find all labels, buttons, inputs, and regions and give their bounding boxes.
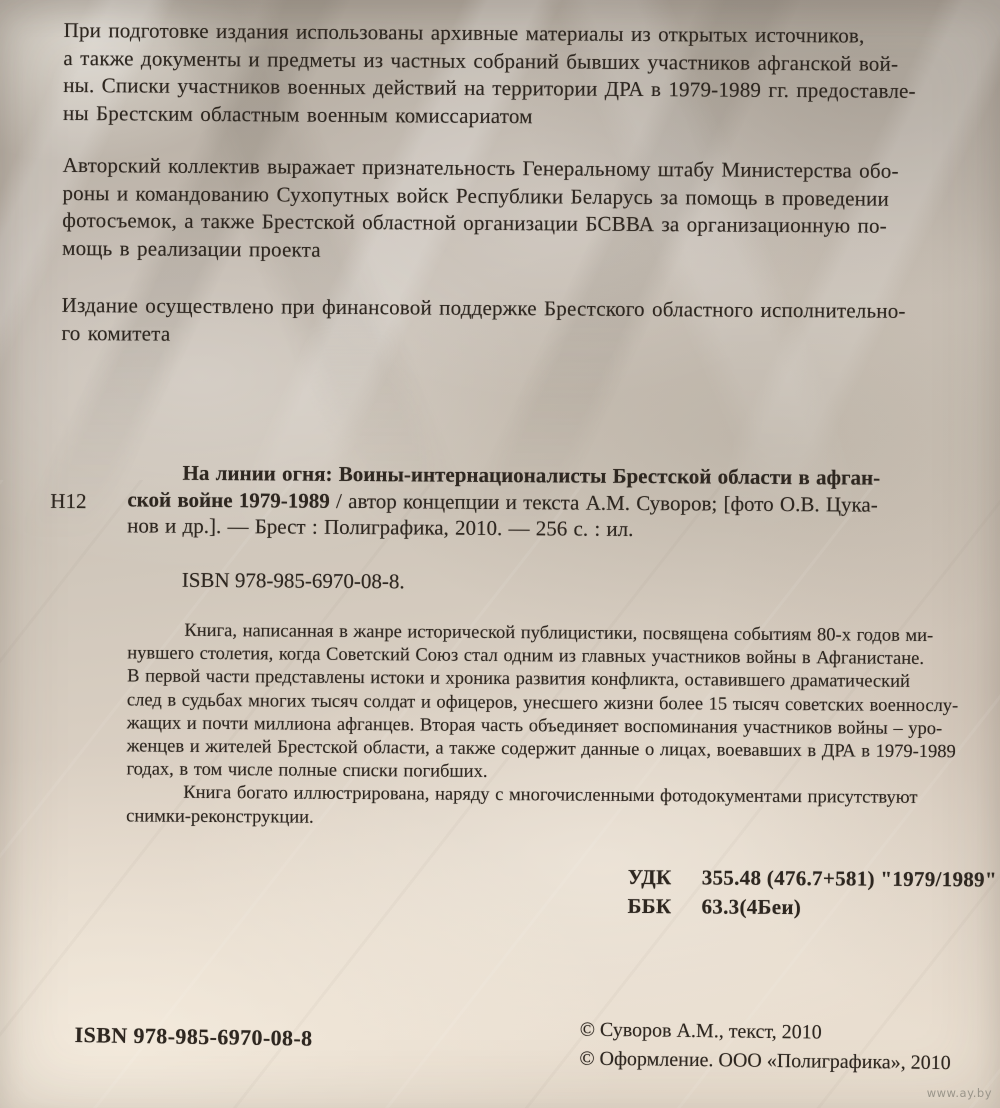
annotation-block: Книга, написанная в жанре исторической п… bbox=[126, 619, 959, 834]
catalog-title-bold: На линии огня: Воины-интернационалисты Б… bbox=[182, 461, 880, 490]
catalog-card: На линии огня: Воины-интернационалисты Б… bbox=[127, 459, 880, 544]
watermark: www.ay.by bbox=[927, 1086, 992, 1100]
copyright-block: © Суворов А.М., текст, 2010 © Оформление… bbox=[579, 1016, 951, 1079]
footer-isbn: ISBN 978-985-6970-08-8 bbox=[74, 1022, 312, 1052]
catalog-title-bold: ской войне 1979-1989 bbox=[127, 487, 330, 512]
page-content: При подготовке издания использованы архи… bbox=[0, 0, 1000, 1108]
catalog-imprint-line: нов и др.]. — Брест : Полиграфика, 2010.… bbox=[127, 512, 880, 544]
credits-paragraph-funding: Издание осуществлено при финансовой подд… bbox=[61, 292, 905, 353]
catalog-isbn: ISBN 978-985-6970-08-8. bbox=[182, 568, 405, 595]
udk-row: УДК 355.48 (476.7+581) "1979/1989" bbox=[628, 863, 997, 895]
catalog-index-code: Н12 bbox=[50, 489, 86, 514]
catalog-statement: / автор концепции и текста А.М. Суворов;… bbox=[330, 488, 878, 516]
classification-block: УДК 355.48 (476.7+581) "1979/1989" ББК 6… bbox=[627, 863, 997, 924]
bbk-value: 63.3(4Беи) bbox=[701, 892, 801, 922]
book-imprint-page: При подготовке издания использованы архи… bbox=[0, 0, 1000, 1108]
udk-value: 355.48 (476.7+581) "1979/1989" bbox=[702, 863, 997, 894]
bbk-row: ББК 63.3(4Беи) bbox=[627, 892, 996, 924]
text-line: мощь в реализации проекта bbox=[62, 234, 898, 267]
copyright-design-line: © Оформление. ООО «Полиграфика», 2010 bbox=[579, 1045, 951, 1079]
text-line: Издание осуществлено при финансовой подд… bbox=[62, 292, 906, 325]
udk-label: УДК bbox=[628, 863, 680, 892]
copyright-text-line: © Суворов А.М., текст, 2010 bbox=[580, 1016, 952, 1050]
bbk-label: ББК bbox=[627, 892, 679, 921]
credits-paragraph-sources: При подготовке издания использованы архи… bbox=[63, 17, 916, 133]
credits-paragraph-acknowledgements: Авторский коллектив выражает признательн… bbox=[62, 152, 899, 268]
